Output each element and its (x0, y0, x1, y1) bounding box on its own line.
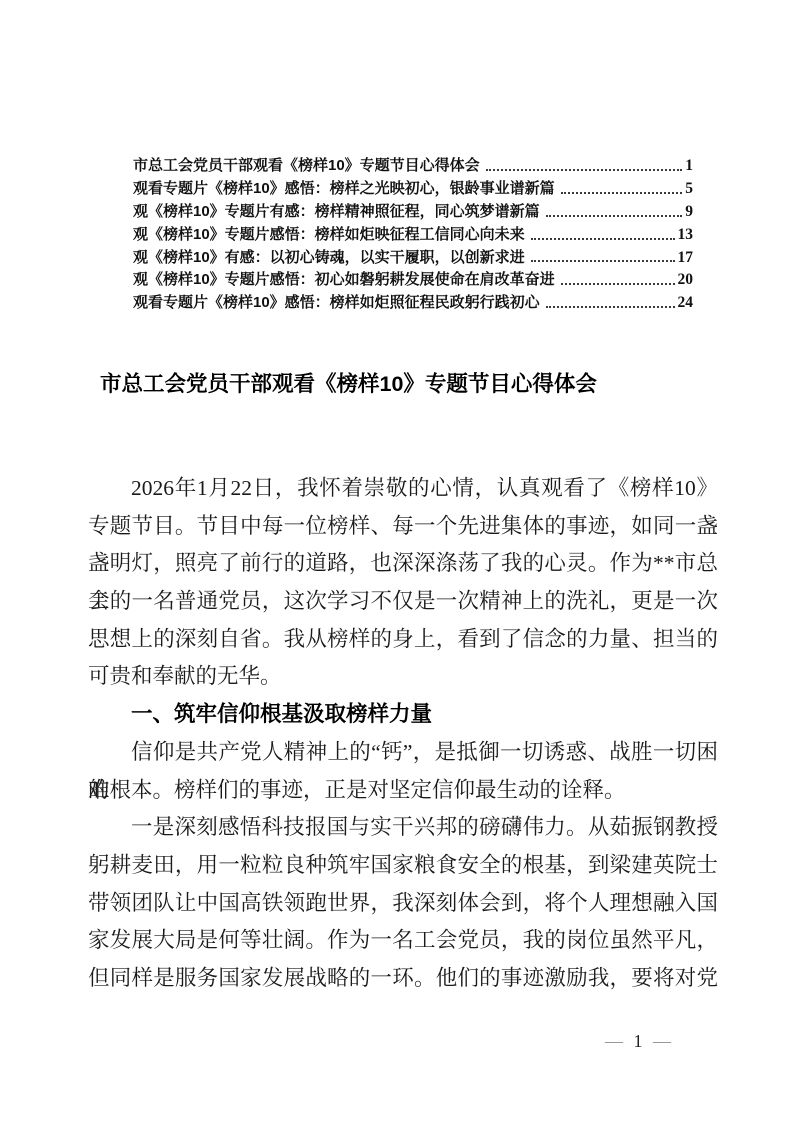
body-line: 的根本。榜样们的事迹，正是对坚定信仰最生动的诠释。 (88, 772, 718, 810)
toc-page-number: 9 (685, 201, 693, 224)
body-line: 信仰是共产党人精神上的“钙”，是抵御一切诱惑、战胜一切困难 (88, 734, 718, 772)
toc-entry-label: 观《榜样10》专题片感悟：榜样如炬映征程工信同心向未来 (133, 224, 525, 247)
toc-page-number: 17 (678, 247, 694, 270)
document-title: 市总工会党员干部观看《榜样10》专题节目心得体会 (100, 372, 597, 396)
toc-leader-dots (546, 215, 683, 217)
body-line: 盏明灯，照亮了前行的道路，也深深涤荡了我的心灵。作为**市总工 (88, 545, 718, 583)
toc-leader-dots (531, 238, 675, 240)
body-line: 2026年1月22日，我怀着崇敬的心情，认真观看了《榜样10》 (88, 470, 718, 508)
body-line: 一是深刻感悟科技报国与实干兴邦的磅礴伟力。从茹振钢教授 (88, 809, 718, 847)
body-line: 专题节目。节目中每一位榜样、每一个先进集体的事迹，如同一盏 (88, 508, 718, 546)
body-line: 可贵和奉献的无华。 (88, 658, 718, 696)
toc-entry-label: 观《榜样10》专题片感悟：初心如磐躬耕发展使命在肩改革奋进 (133, 269, 555, 292)
toc-leader-dots (486, 169, 683, 171)
footer-dash-right: — (653, 1031, 671, 1051)
section-heading: 一、筑牢信仰根基汲取榜样力量 (88, 696, 718, 734)
toc-page-number: 5 (685, 178, 693, 201)
toc-page-number: 13 (678, 224, 694, 247)
body-line: 但同样是服务国家发展战略的一环。他们的事迹激励我，要将对党 (88, 960, 718, 998)
toc-leader-dots (561, 192, 683, 194)
toc-entry[interactable]: 观《榜样10》专题片感悟：初心如磐躬耕发展使命在肩改革奋进 20 (133, 269, 693, 292)
toc-leader-dots (531, 260, 675, 262)
footer-dash-left: — (605, 1031, 623, 1051)
toc-entry[interactable]: 观看专题片《榜样10》感悟：榜样之光映初心，银龄事业谱新篇 5 (133, 178, 693, 201)
toc-entry[interactable]: 观《榜样10》专题片有感：榜样精神照征程，同心筑梦谱新篇 9 (133, 201, 693, 224)
toc-entry[interactable]: 市总工会党员干部观看《榜样10》专题节目心得体会 1 (133, 155, 693, 178)
document-body: 2026年1月22日，我怀着崇敬的心情，认真观看了《榜样10》 专题节目。节目中… (88, 470, 718, 998)
body-line: 家发展大局是何等壮阔。作为一名工会党员，我的岗位虽然平凡， (88, 922, 718, 960)
page-number-footer: — 1 — (605, 1031, 671, 1051)
toc-entry-label: 观《榜样10》有感：以初心铸魂，以实干履职，以创新求进 (133, 247, 525, 270)
toc-leader-dots (561, 283, 675, 285)
toc-page-number: 20 (678, 269, 694, 292)
body-line: 带领团队让中国高铁领跑世界，我深刻体会到，将个人理想融入国 (88, 885, 718, 923)
body-line: 躬耕麦田，用一粒粒良种筑牢国家粮食安全的根基，到梁建英院士 (88, 847, 718, 885)
toc-page-number: 24 (678, 292, 694, 315)
body-line: 思想上的深刻自省。我从榜样的身上，看到了信念的力量、担当的 (88, 621, 718, 659)
toc-leader-dots (546, 306, 675, 308)
toc-entry[interactable]: 观《榜样10》专题片感悟：榜样如炬映征程工信同心向未来 13 (133, 224, 693, 247)
toc-entry-label: 观看专题片《榜样10》感悟：榜样如炬照征程民政躬行践初心 (133, 292, 540, 315)
toc-entry-label: 观看专题片《榜样10》感悟：榜样之光映初心，银龄事业谱新篇 (133, 178, 555, 201)
toc-entry[interactable]: 观《榜样10》有感：以初心铸魂，以实干履职，以创新求进 17 (133, 247, 693, 270)
toc-page-number: 1 (685, 155, 693, 178)
footer-page-number: 1 (634, 1031, 643, 1051)
document-page: 市总工会党员干部观看《榜样10》专题节目心得体会 1 观看专题片《榜样10》感悟… (0, 0, 793, 1122)
toc-entry-label: 观《榜样10》专题片有感：榜样精神照征程，同心筑梦谱新篇 (133, 201, 540, 224)
table-of-contents: 市总工会党员干部观看《榜样10》专题节目心得体会 1 观看专题片《榜样10》感悟… (133, 155, 693, 315)
toc-entry-label: 市总工会党员干部观看《榜样10》专题节目心得体会 (133, 155, 480, 178)
body-line: 会的一名普通党员，这次学习不仅是一次精神上的洗礼，更是一次 (88, 583, 718, 621)
toc-entry[interactable]: 观看专题片《榜样10》感悟：榜样如炬照征程民政躬行践初心 24 (133, 292, 693, 315)
